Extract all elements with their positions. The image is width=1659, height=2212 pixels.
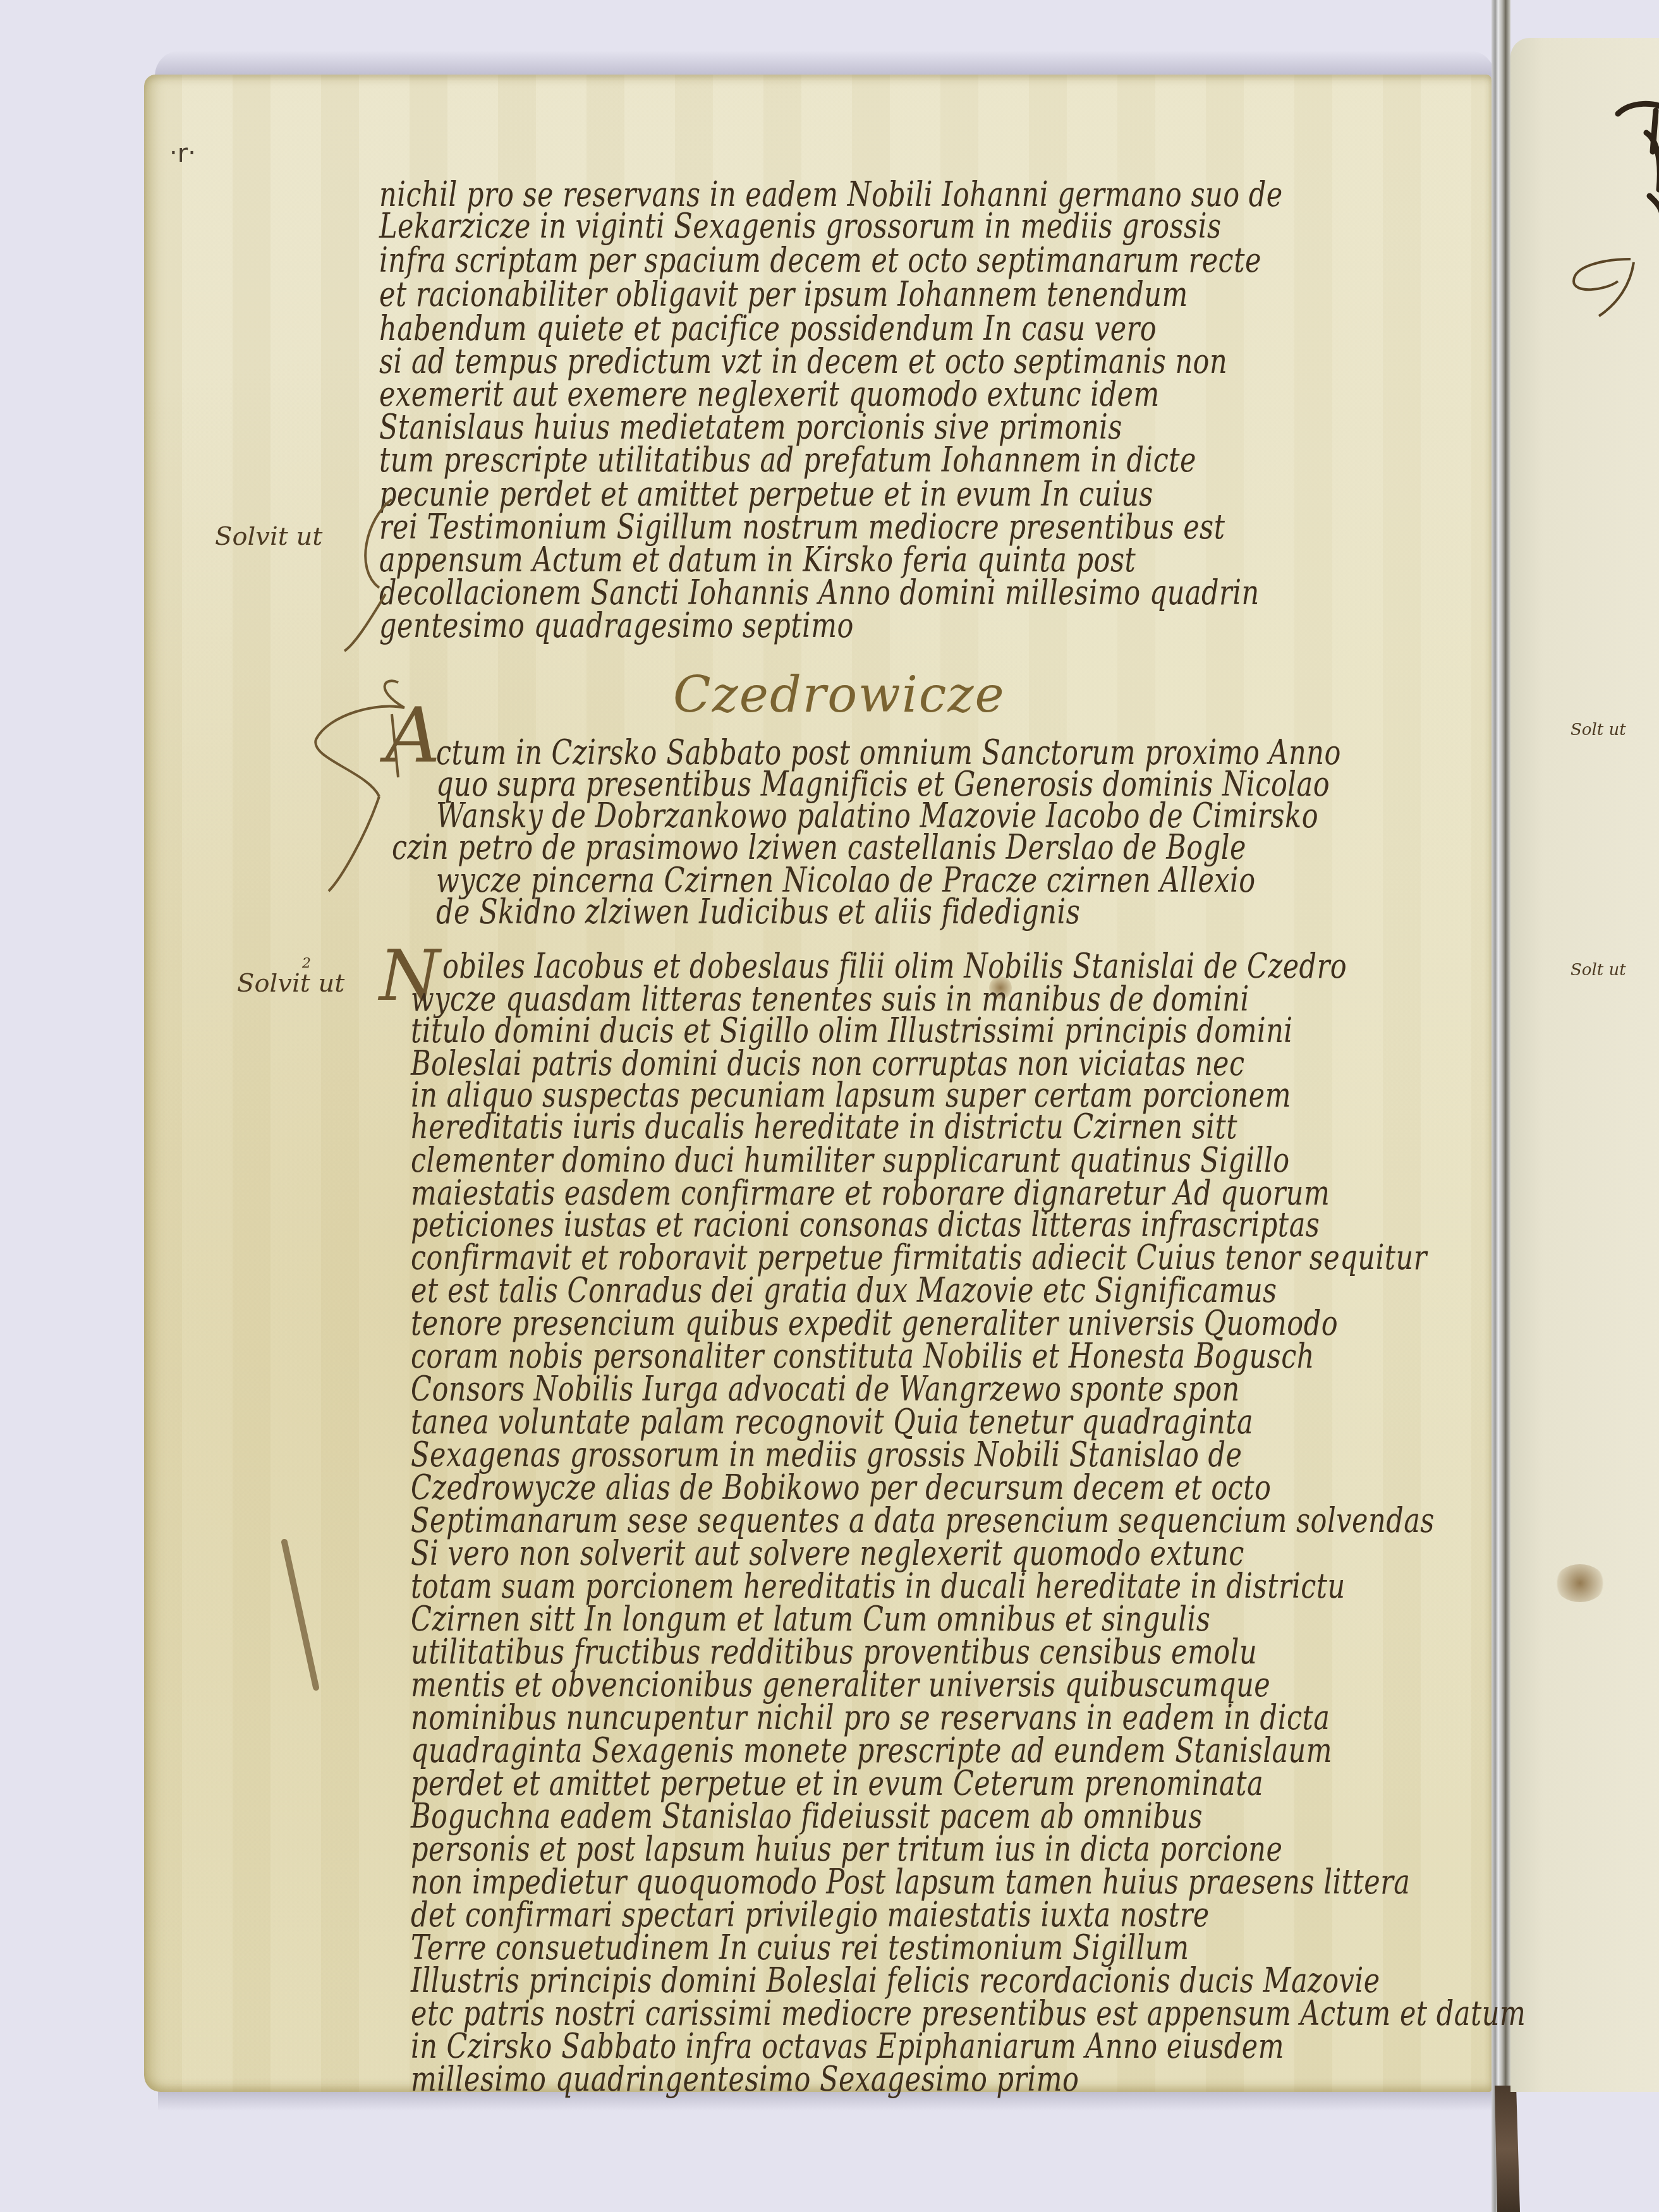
- text-line: perdet et amittet perpetue et in evum Ce…: [411, 1767, 1263, 1801]
- corner-mark: ·r·: [169, 139, 196, 168]
- facing-margin-note-1: Solt ut: [1571, 720, 1626, 739]
- text-line: in Czirsko Sabbato infra octavas Epiphan…: [411, 2030, 1284, 2064]
- text-line: coram nobis personaliter constituta Nobi…: [411, 1340, 1315, 1374]
- binding-strap: [1495, 2086, 1520, 2212]
- margin-note-solvit-1: Solvit ut: [215, 522, 322, 551]
- text-line: tanea voluntate palam recognovit Quia te…: [411, 1406, 1253, 1440]
- text-line: quadraginta Sexagenis monete prescripte …: [411, 1734, 1332, 1768]
- text-line: totam suam porcionem hereditatis in duca…: [411, 1570, 1346, 1604]
- text-line: titulo domini ducis et Sigillo olim Illu…: [411, 1014, 1293, 1048]
- ink-stain: [1555, 1564, 1605, 1602]
- text-line: et est talis Conradus dei gratia dux Maz…: [411, 1274, 1277, 1308]
- text-line: Terre consuetudinem In cuius rei testimo…: [411, 1931, 1189, 1966]
- margin-note-superscript: 2: [302, 956, 311, 971]
- text-line: rei Testimonium Sigillum nostrum mediocr…: [379, 511, 1225, 545]
- text-line: exemerit aut exemere neglexerit quomodo …: [379, 378, 1160, 412]
- text-line: confirmavit et roboravit perpetue firmit…: [411, 1241, 1427, 1275]
- text-line: de Skidno zlziwen Iudicibus et aliis fid…: [436, 896, 1080, 930]
- margin-note-solvit-2: Solvit ut: [237, 969, 344, 998]
- facing-flourish-icon: [1567, 246, 1659, 335]
- text-line: etc patris nostri carissimi mediocre pre…: [411, 1997, 1526, 2031]
- text-line: infra scriptam per spacium decem et octo…: [379, 244, 1261, 278]
- text-line: Consors Nobilis Iurga advocati de Wangrz…: [411, 1373, 1240, 1407]
- text-line: hereditatis iuris ducalis hereditate in …: [411, 1110, 1237, 1145]
- text-line: peticiones iustas et racioni consonas di…: [411, 1208, 1320, 1243]
- text-line: nominibus nuncupentur nichil pro se rese…: [411, 1701, 1330, 1735]
- text-line: tenore presencium quibus expedit general…: [411, 1307, 1338, 1341]
- text-line: Boguchna eadem Stanislao fideiussit pace…: [411, 1800, 1203, 1834]
- section-heading: Czedrowicze: [673, 667, 1006, 724]
- text-line: appensum Actum et datum in Kirsko feria …: [379, 544, 1136, 578]
- text-line: det confirmari spectari privilegio maies…: [411, 1899, 1210, 1933]
- text-line: czin petro de prasimowo lziwen castellan…: [392, 831, 1246, 865]
- text-line: Czirnen sitt In longum et latum Cum omni…: [411, 1603, 1210, 1637]
- margin-stroke-icon: [278, 1536, 329, 1694]
- text-line: millesimo quadringentesimo Sexagesimo pr…: [411, 2063, 1079, 2097]
- text-line: Septimanarum sese sequentes a data prese…: [411, 1504, 1435, 1538]
- text-line: Illustris principis domini Boleslai feli…: [411, 1964, 1380, 1998]
- book-gutter: [1492, 0, 1510, 2212]
- text-line: obiles Iacobus et dobeslaus filii olim N…: [442, 950, 1347, 984]
- text-line: clementer domino duci humiliter supplica…: [411, 1144, 1290, 1178]
- facing-initial-flourish-icon: [1586, 76, 1659, 240]
- text-line: Sexagenas grossorum in mediis grossis No…: [411, 1438, 1242, 1473]
- text-line: si ad tempus predictum vzt in decem et o…: [379, 345, 1227, 379]
- facing-page: Solt ut Solt ut: [1510, 38, 1659, 2092]
- text-line: et racionabiliter obligavit per ipsum Io…: [379, 278, 1188, 312]
- text-line: Czedrowycze alias de Bobikowo per decurs…: [411, 1471, 1271, 1505]
- text-line: Si vero non solverit aut solvere neglexe…: [411, 1537, 1244, 1571]
- facing-margin-note-2: Solt ut: [1571, 961, 1626, 980]
- margin-flourish-icon: [341, 493, 404, 657]
- text-line: Lekarzicze in viginti Sexagenis grossoru…: [379, 210, 1222, 244]
- text-line: decollacionem Sancti Iohannis Anno domin…: [379, 576, 1260, 611]
- text-line: habendum quiete et pacifice possidendum …: [379, 312, 1157, 346]
- text-line: mentis et obvencionibus generaliter univ…: [411, 1668, 1270, 1703]
- text-line: personis et post lapsum huius per tritum…: [411, 1833, 1282, 1867]
- text-line: non impedietur quoquomodo Post lapsum ta…: [411, 1866, 1410, 1900]
- text-line: tum prescripte utilitatibus ad prefatum …: [379, 444, 1196, 478]
- text-line: utilitatibus fructibus redditibus proven…: [411, 1636, 1257, 1670]
- text-line: gentesimo quadragesimo septimo: [379, 609, 854, 643]
- text-line: Stanislaus huius medietatem porcionis si…: [379, 411, 1122, 445]
- text-line: pecunie perdet et amittet perpetue et in…: [379, 478, 1153, 512]
